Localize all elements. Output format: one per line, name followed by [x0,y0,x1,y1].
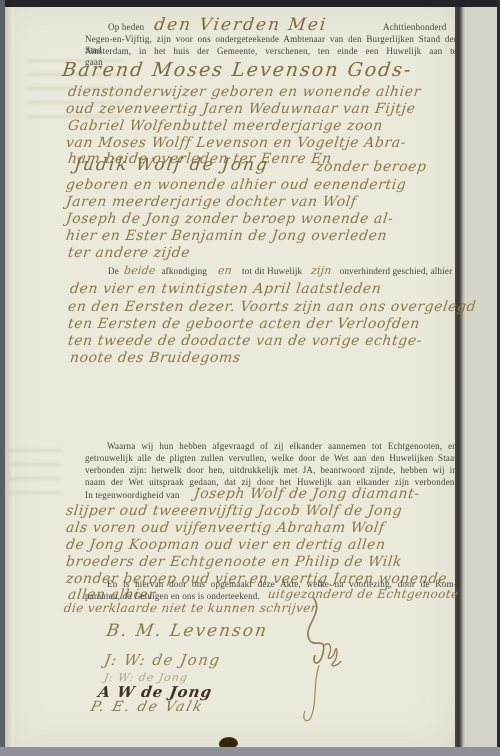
scan-edge-top [0,0,500,7]
handwritten-date: den Vierden Mei [153,15,329,35]
handwritten-bride-line: geboren en wonende alhier oud eenenderti… [65,177,407,193]
printed-op-heden: Op heden [108,22,144,33]
signature-witness-4: P. E. de Valk [89,699,205,715]
handwritten-banns-en: en [217,265,232,276]
printed-banns-afkondiging: afkondiging [161,266,207,276]
printed-vows-line2: getrouwelijk alle de pligten zullen verv… [85,453,457,464]
printed-banns-huwelijk: tot dit Huwelijk [242,266,302,276]
printed-banns-de: De [108,266,119,276]
printed-vows-line3: verbonden zijn: hetwelk door hen, uitdru… [85,465,457,476]
scanned-marriage-record: Op heden den Vierden Mei Achttienhonderd… [0,0,500,756]
printed-vows-line1: Waarna wij hun hebben afgevraagd of zij … [85,441,457,452]
handwritten-witness-line: als voren oud vijfenveertig Abraham Wolf [65,520,386,536]
handwritten-banns-line: ten tweede de doodacte van de vorige ech… [67,333,423,349]
record-page: Op heden den Vierden Mei Achttienhonderd… [5,7,455,747]
handwritten-bride-line: zonder beroep [315,159,428,175]
printed-banns-geschied: onverhinderd geschied, alhier [340,266,453,276]
scan-edge-bottom [0,747,500,756]
printed-year-word: Achttienhonderd [383,22,446,33]
handwritten-witness-line: broeders der Echtgenoote en Philip de Wi… [65,554,403,570]
handwritten-groom-line: van Moses Wolff Levenson en Vogeltje Abr… [65,135,407,151]
adjacent-page [462,7,497,747]
handwritten-banns-line: den vier en twintigsten April laatstlede… [69,281,382,297]
handwritten-witness-line: de Jong Koopman oud vier en dertig allen [65,537,387,553]
handwritten-banns-line: noote des Bruidegoms [69,350,242,366]
scan-edge-left [0,0,5,756]
handwritten-bride-name: Judik Wolf de Jong [73,155,270,175]
ink-bleedthrough [9,445,61,503]
handwritten-banns-zijn: zijn [310,265,332,276]
handwritten-bride-line: ter andere zijde [67,245,191,261]
page-left-edge [5,7,14,747]
printed-banns-line: De beide afkondiging en tot dit Huwelijk… [108,265,458,277]
official-paraph-flourish [283,595,363,725]
handwritten-groom-name: Barend Moses Levenson Gods- [61,59,414,81]
handwritten-groom-line: dienstonderwijzer geboren en wonende alh… [67,84,422,100]
handwritten-groom-line: Gabriel Wolfenbuttel meerderjarige zoon [67,118,384,134]
handwritten-banns-line: ten Eersten de geboorte acten der Verloo… [67,316,421,332]
handwritten-closing-insert2: die verklaarde niet te kunnen schrijven [63,601,320,615]
handwritten-banns-beide: beide [124,265,157,276]
printed-witness-intro: In tegenwoordigheid van [85,490,180,501]
handwritten-groom-line: oud zevenveertig Jaren Weduwnaar van Fij… [65,101,416,117]
signature-witness-1: J: W: de Jong [103,651,222,669]
handwritten-bride-line: Joseph de Jong zonder beroep wonende al- [65,211,394,227]
handwritten-bride-line: Jaren meerderjarige dochter van Wolf [65,194,358,210]
handwritten-bride-line: hier en Ester Benjamin de Jong overleden [65,228,388,244]
handwritten-banns-line: en den Eersten dezer. Voorts zijn aan on… [67,299,477,315]
handwritten-witness-line: slijper oud tweeenvijftig Jacob Wolf de … [65,503,403,519]
signature-registrar: B. M. Levenson [105,621,270,641]
handwritten-witness-first: Joseph Wolf de Jong diamant- [193,486,421,502]
